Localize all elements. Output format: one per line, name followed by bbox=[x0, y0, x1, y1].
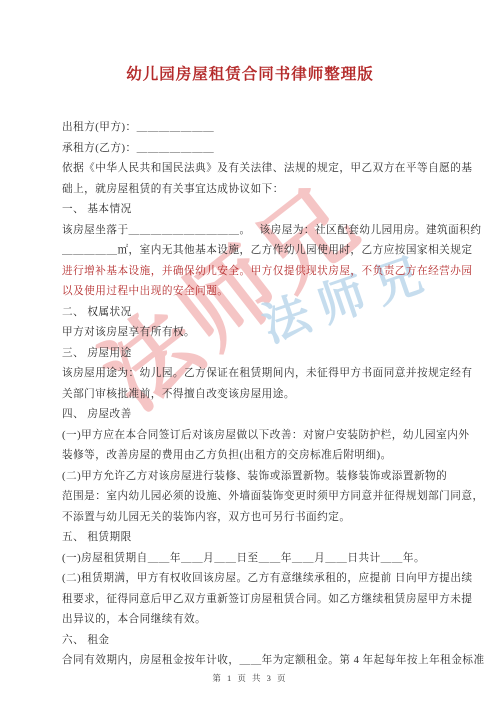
document-line: 出租方(甲方)：＿＿＿＿＿＿＿ bbox=[62, 118, 458, 139]
contract-page: 法师兄 法师兄 幼儿园房屋租赁合同书律师整理版 出租方(甲方)：＿＿＿＿＿＿＿承… bbox=[0, 0, 500, 706]
document-line: 四、 房屋改善 bbox=[62, 405, 458, 426]
document-line: 关部门审核批准前，不得擅自改变该房屋用途。 bbox=[62, 385, 458, 406]
document-line: (一)房屋租赁期自＿＿年＿＿月＿＿日至＿＿年＿＿月＿＿日共计＿＿年。 bbox=[62, 549, 458, 570]
document-line: 三、 房屋用途 bbox=[62, 344, 458, 365]
document-line: 该房屋用途为：幼儿园。乙方保证在租赁期间内，未征得甲方书面同意并按规定经有 bbox=[62, 364, 458, 385]
document-line: 依据《中华人民共和国民法典》及有关法律、法规的规定，甲乙双方在平等自愿的基 bbox=[62, 159, 458, 180]
document-line: 合同有效期内，房屋租金按年计收，＿＿年为定额租金。第 4 年起每年按上年租金标准 bbox=[62, 651, 458, 672]
document-line: (二)甲方允许乙方对该房屋进行装修、装饰或添置新物。装修装饰或添置新物的 bbox=[62, 467, 458, 488]
document-line: 六、 租金 bbox=[62, 631, 458, 652]
document-line: 租要求，征得同意后甲乙双方重新签订房屋租赁合同。如乙方继续租赁房屋甲方未提 bbox=[62, 590, 458, 611]
page-number-footer: 第 1 页 共 3 页 bbox=[0, 672, 500, 684]
document-line: 甲方对该房屋享有所有权。 bbox=[62, 323, 458, 344]
document-line: 范围是：室内幼儿园必须的设施、外墙面装饰变更时须甲方同意并征得规划部门同意， bbox=[62, 487, 458, 508]
document-line: 承租方(乙方)：＿＿＿＿＿＿＿ bbox=[62, 139, 458, 160]
document-title: 幼儿园房屋租赁合同书律师整理版 bbox=[0, 62, 500, 84]
document-line: 以及使用过程中出现的安全问题。 bbox=[62, 282, 458, 303]
document-line: 该房屋坐落于＿＿＿＿＿＿＿＿＿＿。 该房屋为：社区配套幼儿园用房。建筑面积约 bbox=[62, 221, 458, 242]
document-line: 础上，就房屋租赁的有关事宜达成协议如下： bbox=[62, 180, 458, 201]
document-line: 五、 租赁期限 bbox=[62, 528, 458, 549]
document-line: 一、 基本情况 bbox=[62, 200, 458, 221]
document-line: 不添置与幼儿园无关的装饰内容，双方也可另行书面约定。 bbox=[62, 508, 458, 529]
document-line: (二)租赁期满，甲方有权收回该房屋。乙方有意继续承租的，应提前 日向甲方提出续 bbox=[62, 569, 458, 590]
document-line: ＿＿＿＿＿㎡，室内无其他基本设施，乙方作幼儿园使用时，乙方应按国家相关规定 bbox=[62, 241, 458, 262]
document-line: (一)甲方应在本合同签订后对该房屋做以下改善：对窗户安装防护栏，幼儿园室内外 bbox=[62, 426, 458, 447]
document-line: 二、 权属状况 bbox=[62, 303, 458, 324]
document-body: 出租方(甲方)：＿＿＿＿＿＿＿承租方(乙方)：＿＿＿＿＿＿＿依据《中华人民共和国… bbox=[62, 118, 458, 672]
document-line: 出异议的，本合同继续有效。 bbox=[62, 610, 458, 631]
document-line: 装修等，改善房屋的费用由乙方负担(出租方的交房标准后附明细)。 bbox=[62, 446, 458, 467]
document-line: 进行增补基本设施，并确保幼儿安全。甲方仅提供现状房屋，不负责乙方在经营办园 bbox=[62, 262, 458, 283]
